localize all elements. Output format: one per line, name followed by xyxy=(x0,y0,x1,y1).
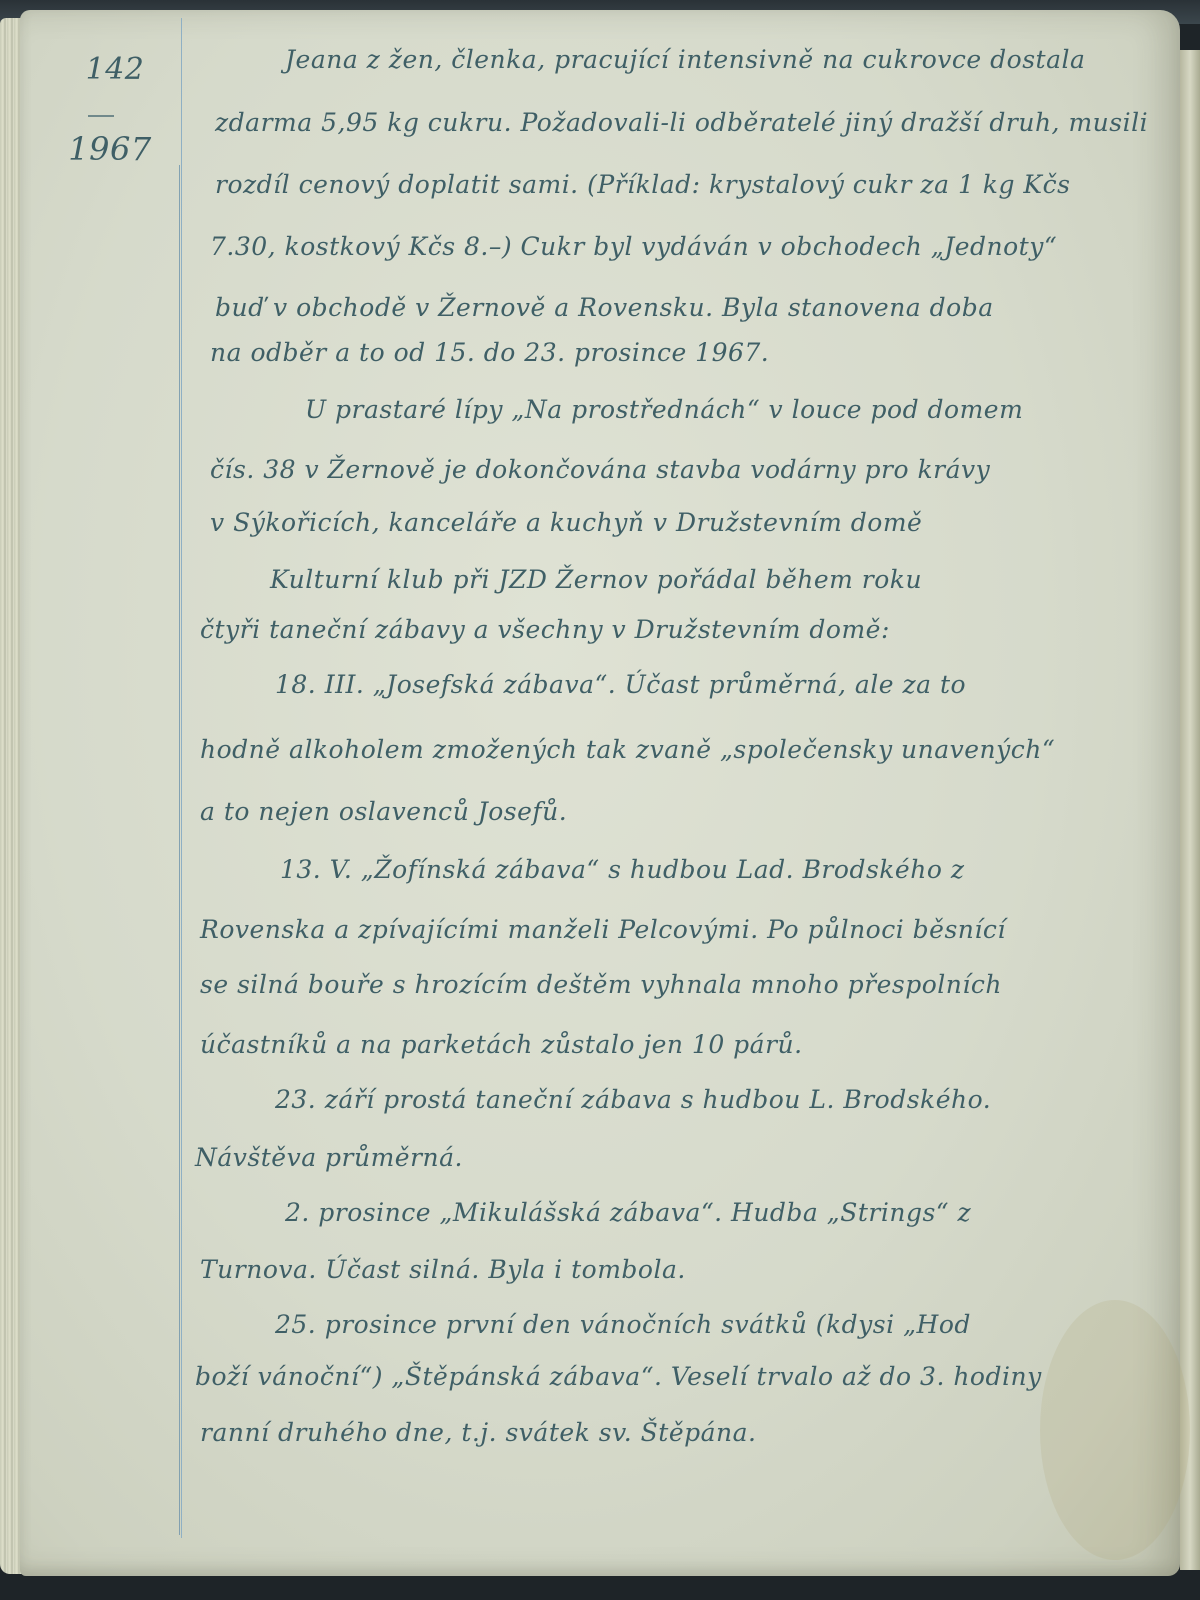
handwritten-line: na odběr a to od 15. do 23. prosince 196… xyxy=(210,338,769,368)
handwritten-line: čtyři taneční zábavy a všechny v Družste… xyxy=(200,615,890,645)
handwritten-line: 25. prosince první den vánočních svátků … xyxy=(275,1310,971,1340)
handwritten-line: hodně alkoholem zmožených tak zvaně „spo… xyxy=(200,735,1055,765)
handwritten-line: Turnova. Účast silná. Byla i tombola. xyxy=(200,1255,686,1285)
handwritten-line: účastníků a na parketách zůstalo jen 10 … xyxy=(200,1030,803,1060)
handwritten-line: a to nejen oslavenců Josefů. xyxy=(200,797,567,827)
handwritten-line: Rovenska a zpívajícími manželi Pelcovými… xyxy=(200,915,1006,945)
handwritten-line: boží vánoční“) „Štěpánská zábava“. Vesel… xyxy=(195,1362,1042,1392)
handwritten-line: 23. září prostá taneční zábava s hudbou … xyxy=(275,1085,991,1115)
handwritten-line: 7.30, kostkový Kčs 8.–) Cukr byl vydáván… xyxy=(210,232,1057,262)
handwritten-line: 13. V. „Žofínská zábava“ s hudbou Lad. B… xyxy=(280,855,965,885)
handwritten-line: Kulturní klub při JZD Žernov pořádal běh… xyxy=(270,565,922,595)
handwritten-line: U prastaré lípy „Na prostřednách“ v louc… xyxy=(305,395,1023,425)
handwritten-line: 18. III. „Josefská zábava“. Účast průměr… xyxy=(275,670,966,700)
paper-stain xyxy=(1040,1300,1190,1560)
margin-year: 1967 xyxy=(60,130,160,168)
handwritten-line: 2. prosince „Mikulášská zábava“. Hudba „… xyxy=(285,1198,971,1228)
handwritten-line: se silná bouře s hrozícím deštěm vyhnala… xyxy=(200,970,1002,1000)
handwritten-line: v Sýkořicích, kanceláře a kuchyň v Družs… xyxy=(210,508,922,538)
margin-rule xyxy=(181,18,182,1538)
handwritten-line: ranní druhého dne, t.j. svátek sv. Štěpá… xyxy=(200,1418,757,1448)
margin-rule-inner xyxy=(179,165,180,1535)
handwritten-line: buď v obchodě v Žernově a Rovensku. Byla… xyxy=(215,293,994,323)
handwritten-line: zdarma 5,95 kg cukru. Požadovali-li odbě… xyxy=(215,108,1148,138)
page-curl-edge xyxy=(1180,50,1200,1570)
handwritten-line: Jeana z žen, členka, pracující intensivn… xyxy=(285,45,1085,75)
handwritten-line: rozdíl cenový doplatit sami. (Příklad: k… xyxy=(215,170,1070,200)
handwritten-line: Návštěva průměrná. xyxy=(195,1143,463,1173)
handwritten-line: čís. 38 v Žernově je dokončována stavba … xyxy=(210,455,990,485)
page-number: 142 xyxy=(70,52,160,87)
page-number-divider xyxy=(88,115,114,117)
